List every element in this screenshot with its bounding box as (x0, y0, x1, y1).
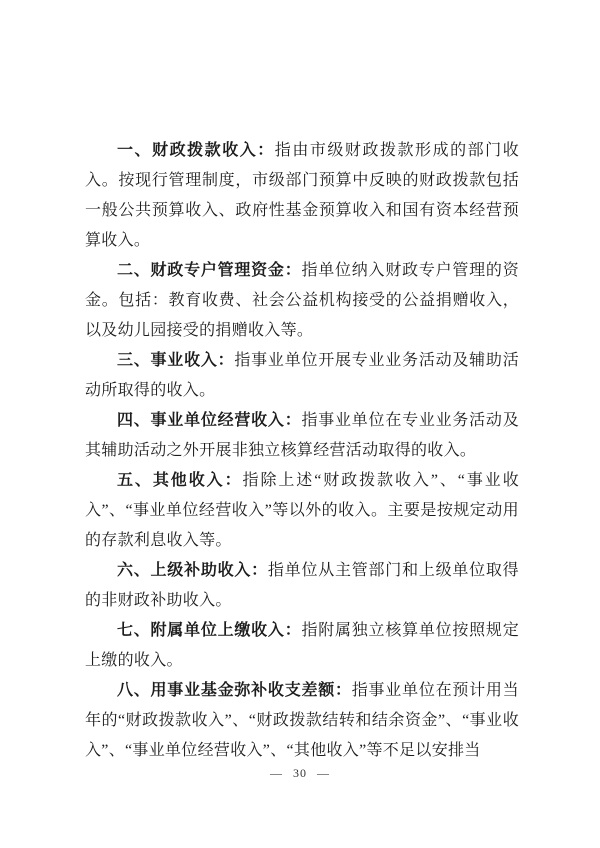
document-page: 一、财政拨款收入：指由市级财政拨款形成的部门收入。按现行管理制度，市级部门预算中… (0, 0, 600, 848)
paragraph-use-of-institution-fund-to-cover-deficit: 八、用事业基金弥补收支差额：指事业单位在预计用当年的“财政拨款收入”、“财政拨款… (85, 676, 519, 766)
paragraph-other-income: 五、其他收入：指除上述“财政拨款收入”、“事业收入”、“事业单位经营收入”等以外… (85, 466, 519, 556)
paragraph-heading: 二、财政专户管理资金： (117, 262, 301, 279)
paragraph-fiscal-appropriation-income: 一、财政拨款收入：指由市级财政拨款形成的部门收入。按现行管理制度，市级部门预算中… (85, 136, 519, 256)
paragraph-fiscal-special-account-funds: 二、财政专户管理资金：指单位纳入财政专户管理的资金。包括：教育收费、社会公益机构… (85, 256, 519, 346)
paragraph-heading: 一、财政拨款收入： (117, 142, 275, 159)
paragraph-superior-subsidy-income: 六、上级补助收入：指单位从主管部门和上级单位取得的非财政补助收入。 (85, 556, 519, 616)
paragraph-institution-operating-income: 四、事业单位经营收入：指事业单位在专业业务活动及其辅助活动之外开展非独立核算经营… (85, 406, 519, 466)
paragraph-heading: 八、用事业基金弥补收支差额： (117, 682, 352, 699)
paragraph-heading: 五、其他收入： (117, 472, 243, 489)
paragraph-institution-income: 三、事业收入：指事业单位开展专业业务活动及辅助活动所取得的收入。 (85, 346, 519, 406)
paragraph-affiliated-unit-remittance-income: 七、附属单位上缴收入：指附属独立核算单位按照规定上缴的收入。 (85, 616, 519, 676)
paragraph-heading: 六、上级补助收入： (117, 562, 268, 579)
paragraph-heading: 七、附属单位上缴收入： (117, 622, 301, 639)
document-body-text: 一、财政拨款收入：指由市级财政拨款形成的部门收入。按现行管理制度，市级部门预算中… (85, 136, 519, 766)
page-number: — 30 — (0, 766, 600, 781)
paragraph-heading: 三、事业收入： (117, 352, 234, 369)
paragraph-heading: 四、事业单位经营收入： (117, 412, 301, 429)
